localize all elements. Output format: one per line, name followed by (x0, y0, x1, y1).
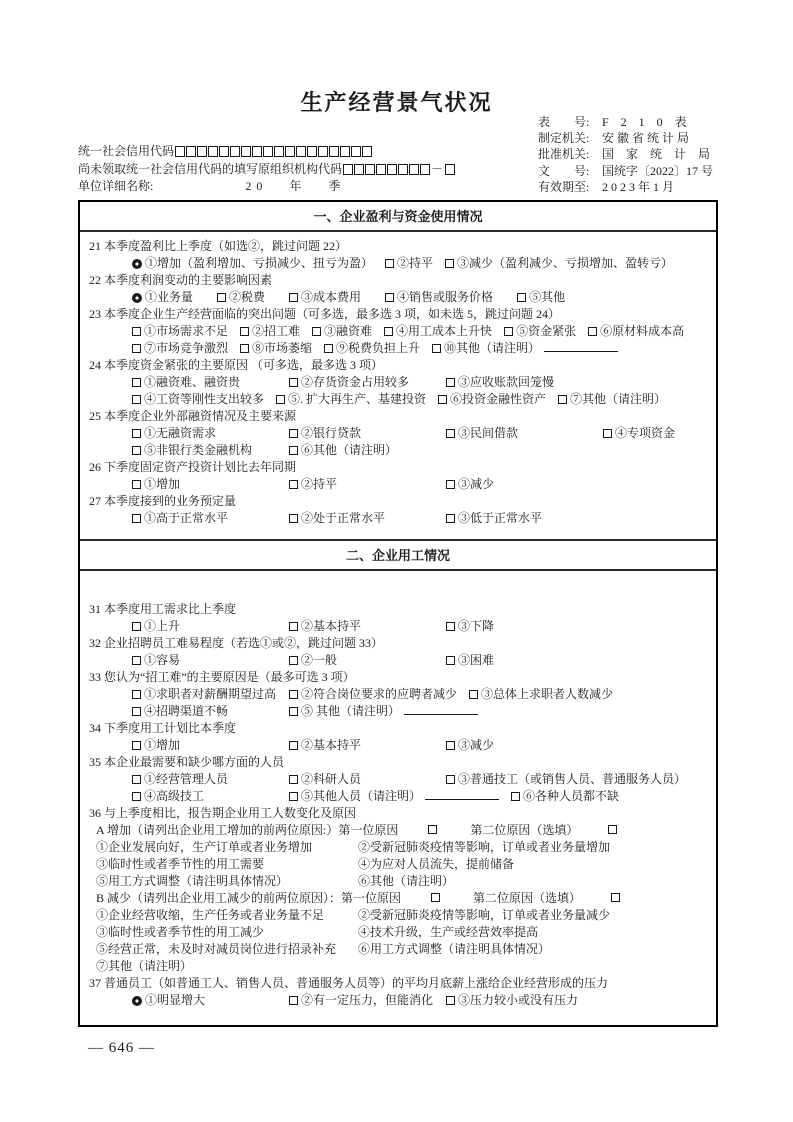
option-item[interactable]: ①增加 (132, 476, 277, 493)
option-text: ⑦其他（请注明） (96, 958, 358, 975)
option-label: ③困难 (458, 652, 494, 669)
option-list-row: ⑦其他（请注明） (84, 958, 712, 975)
code-box[interactable] (274, 146, 284, 157)
question-line: 25 本季度企业外部融资情况及主要来源 (84, 408, 712, 425)
org-code-separator: － (431, 161, 443, 179)
option-text: ④技术升级，生产或经营效率提高 (358, 924, 712, 941)
option-item[interactable]: ③减少 (446, 737, 494, 754)
question-line: 21 本季度盈利比上季度（如选②，跳过问题 22） (84, 238, 712, 255)
option-item[interactable]: ①无融资需求 (132, 425, 277, 442)
unit-name-line: 单位详细名称:2 0 年 季 (78, 178, 548, 196)
option-item[interactable]: ④高级技工 (132, 788, 277, 805)
checkbox-icon[interactable] (132, 395, 141, 404)
question-text: 26 下季度固定资产投资计划比去年同期 (89, 460, 296, 474)
credit-code-boxes (174, 144, 372, 158)
option-item: 第二位原因（选填） (470, 822, 578, 839)
option-list-row: ⑤用工方式调整（请注明具体情况）⑥其他（请注明） (84, 873, 712, 890)
checkbox-icon[interactable] (428, 825, 437, 834)
option-item: B 减少（请列出企业用工减少的前两位原因）：第一位原因 (96, 890, 401, 907)
period-text: 2 0 年 季 (245, 178, 341, 196)
option-label: ③低于正常水平 (458, 510, 542, 527)
code-box[interactable] (219, 146, 229, 157)
options-row: ①经营管理人员②科研人员③普通技工（或销售人员、普通服务人员） (84, 771, 712, 788)
option-text: ⑤用工方式调整（请注明具体情况） (96, 873, 358, 890)
option-label: ①企业经营收缩，生产任务或者业务量不足 (96, 907, 324, 924)
question-text: 31 本季度用工需求比上季度 (89, 602, 236, 616)
checkbox-icon[interactable] (289, 293, 298, 302)
option-label: ⑤资金紧张 (516, 323, 576, 340)
option-label: ②招工难 (252, 323, 300, 340)
meta-row: 有效期至:2 0 2 3 年 1 月 (538, 179, 738, 195)
checkbox-icon[interactable] (132, 446, 141, 455)
code-box[interactable] (230, 146, 240, 157)
option-item[interactable]: ②符合岗位要求的应聘者减少 (289, 686, 457, 703)
option-label: ③普通技工（或销售人员、普通服务人员） (458, 771, 686, 788)
option-label: 第二位原因（选填） (470, 822, 578, 839)
option-label: ⑥其他（请注明） (358, 873, 454, 890)
code-box[interactable] (197, 146, 207, 157)
option-label: ①增加 (144, 476, 180, 493)
checkbox-icon[interactable] (446, 656, 455, 665)
option-item[interactable]: ①业务量 (132, 289, 193, 306)
option-item[interactable]: ①容易 (132, 652, 277, 669)
page-title: 生产经营景气状况 (0, 86, 793, 117)
option-item[interactable]: ②处于正常水平 (289, 510, 434, 527)
code-box[interactable] (398, 164, 408, 175)
question-line: 37 普通员工（如普通工人、销售人员、普通服务人员等）的平均月底薪上涨给企业经营… (84, 975, 712, 992)
question-text: 25 本季度企业外部融资情况及主要来源 (89, 409, 296, 423)
options-row: ①无融资需求②银行贷款③民间借款④专项资金 (84, 425, 712, 442)
option-label: ③减少 (458, 737, 494, 754)
option-item[interactable] (611, 893, 623, 902)
option-item[interactable]: ④招聘渠道不畅 (132, 703, 277, 720)
code-box[interactable] (354, 164, 364, 175)
question-line: 32 企业招聘员工难易程度（若选①或②，跳过问题 33） (84, 635, 712, 652)
option-label: ⑦其他（请注明） (96, 958, 192, 975)
option-label: ②科研人员 (301, 771, 361, 788)
option-item[interactable] (608, 825, 620, 834)
option-label: 第二位原因（选填） (473, 890, 581, 907)
option-item[interactable]: ②科研人员 (289, 771, 434, 788)
option-label: ①市场需求不足 (144, 323, 228, 340)
checkbox-icon[interactable] (132, 707, 141, 716)
code-box[interactable] (343, 164, 353, 175)
question-text: 37 普通员工（如普通工人、销售人员、普通服务人员等）的平均月底薪上涨给企业经营… (89, 976, 608, 990)
code-box[interactable] (186, 146, 196, 157)
question-line: 22 本季度利润变动的主要影响因素 (84, 272, 712, 289)
code-box[interactable] (307, 146, 317, 157)
option-list-row: ①企业发展向好，生产订单或者业务增加②受新冠肺炎疫情等影响，订单或者业务量增加 (84, 839, 712, 856)
option-item[interactable]: ③总体上求职者人数减少 (469, 686, 613, 703)
option-label: ②基本持平 (301, 618, 361, 635)
meta-value: 2 0 2 3 年 1 月 (602, 179, 738, 195)
option-label: ②存货资金占用较多 (301, 374, 409, 391)
checkbox-icon[interactable] (558, 395, 567, 404)
option-label: ①明显增大 (145, 992, 205, 1009)
option-list-row: ⑤经营正常，未及时对减员岗位进行招录补充⑥用工方式调整（请注明具体情况） (84, 941, 712, 958)
question-text: 33 您认为“招工难”的主要原因是（最多可选 3 项） (89, 670, 355, 684)
options-row: ①增加②基本持平③减少 (84, 737, 712, 754)
option-item[interactable]: ④用工成本上升快 (384, 323, 492, 340)
option-label: ①容易 (144, 652, 180, 669)
question-line: 35 本企业最需要和缺少哪方面的人员 (84, 754, 712, 771)
checkbox-icon[interactable] (289, 792, 298, 801)
checkbox-icon[interactable] (132, 344, 141, 353)
checkbox-icon[interactable] (132, 792, 141, 801)
option-item[interactable]: ②有一定压力，但能消化 (289, 992, 434, 1009)
checkbox-icon[interactable] (289, 707, 298, 716)
checkbox-icon[interactable] (132, 514, 141, 523)
checkbox-icon[interactable] (438, 395, 447, 404)
options-row: ①融资难、融资贵②存货资金占用较多③应收账款回笼慢 (84, 374, 712, 391)
checkbox-icon[interactable] (289, 741, 298, 750)
checkbox-icon[interactable] (385, 259, 394, 268)
checkbox-icon[interactable] (446, 741, 455, 750)
checkbox-icon[interactable] (132, 378, 141, 387)
code-box[interactable] (208, 146, 218, 157)
option-label: ⑥投资金融性资产 (450, 391, 546, 408)
option-text: ①企业发展向好，生产订单或者业务增加 (96, 839, 358, 856)
credit-code-label: 统一社会信用代码 (78, 144, 174, 158)
code-box[interactable] (376, 164, 386, 175)
option-list-row: ③临时性或者季节性的用工减少④技术升级，生产或经营效率提高 (84, 924, 712, 941)
checkbox-icon[interactable] (132, 741, 141, 750)
option-label: ②税费 (229, 289, 265, 306)
option-label: ①高于正常水平 (144, 510, 228, 527)
option-item[interactable]: ⑦其他（请注明） (558, 391, 666, 408)
checkbox-icon[interactable] (511, 792, 520, 801)
code-box[interactable] (445, 164, 455, 175)
blank-underline[interactable] (425, 789, 499, 800)
options-row: ①市场需求不足②招工难③融资难④用工成本上升快⑤资金紧张⑥原材料成本高 (84, 323, 712, 340)
meta-value: F 2 1 0 表 (602, 114, 738, 130)
option-item[interactable]: ⑤资金紧张 (504, 323, 576, 340)
option-item[interactable] (431, 893, 443, 902)
option-label: ②符合岗位要求的应聘者减少 (301, 686, 457, 703)
option-item[interactable]: ⑤其他人员（请注明） (289, 788, 499, 805)
option-label: ⑥各种人员都不缺 (523, 788, 619, 805)
option-item[interactable]: ③减少 (446, 476, 494, 493)
question-line: 26 下季度固定资产投资计划比去年同期 (84, 459, 712, 476)
option-item[interactable]: ③民间借款 (446, 425, 591, 442)
option-label: ①业务量 (145, 289, 193, 306)
checkbox-icon[interactable] (588, 327, 597, 336)
option-label: A 增加（请列出企业用工增加的前两位原因:）第一位原因 (96, 822, 398, 839)
checkbox-icon[interactable] (431, 893, 440, 902)
option-label: ⑤经营正常，未及时对减员岗位进行招录补充 (96, 941, 336, 958)
code-box[interactable] (365, 164, 375, 175)
section-content: 31 本季度用工需求比上季度①上升②基本持平③下降32 企业招聘员工难易程度（若… (80, 571, 716, 1025)
checkbox-icon[interactable] (446, 514, 455, 523)
option-item[interactable]: ②基本持平 (289, 737, 434, 754)
checkbox-icon[interactable] (289, 514, 298, 523)
checkbox-icon[interactable] (469, 690, 478, 699)
checkbox-icon[interactable] (132, 480, 141, 489)
radio-selected-icon[interactable] (132, 996, 142, 1006)
option-label: ④工资等刚性支出较多 (144, 391, 264, 408)
option-item[interactable]: ①上升 (132, 618, 277, 635)
org-code-label: 尚未领取统一社会信用代码的填写原组织机构代码 (78, 162, 342, 176)
option-label: ④招聘渠道不畅 (144, 703, 228, 720)
checkbox-icon[interactable] (446, 480, 455, 489)
question-line: 36 与上季度相比，报告期企业用工人数变化及原因 (84, 805, 712, 822)
option-label: ⑤非银行类金融机构 (144, 442, 252, 459)
option-label: ⑧市场萎缩 (252, 340, 312, 357)
question-text: 21 本季度盈利比上季度（如选②，跳过问题 22） (89, 239, 347, 253)
checkbox-icon[interactable] (132, 429, 141, 438)
option-label: ⑥原材料成本高 (600, 323, 684, 340)
option-label: ③成本费用 (301, 289, 361, 306)
option-label: ①经营管理人员 (144, 771, 228, 788)
option-item[interactable]: ②存货资金占用较多 (289, 374, 434, 391)
code-box[interactable] (263, 146, 273, 157)
option-label: ④高级技工 (144, 788, 204, 805)
checkbox-icon[interactable] (611, 893, 620, 902)
checkbox-icon[interactable] (312, 327, 321, 336)
checkbox-icon[interactable] (132, 775, 141, 784)
option-label: ②一般 (301, 652, 337, 669)
option-item[interactable]: ③减少（盈利减少、亏损增加、盈转亏） (445, 255, 673, 272)
code-box[interactable] (420, 164, 430, 175)
option-label: ①企业发展向好，生产订单或者业务增加 (96, 839, 312, 856)
question-line: 33 您认为“招工难”的主要原因是（最多可选 3 项） (84, 669, 712, 686)
question-text: 35 本企业最需要和缺少哪方面的人员 (89, 755, 284, 769)
option-label: ③减少（盈利减少、亏损增加、盈转亏） (457, 255, 673, 272)
option-label: ③临时性或者季节性的用工需要 (96, 856, 264, 873)
options-row: ①上升②基本持平③下降 (84, 618, 712, 635)
question-text: 34 下季度用工计划比本季度 (89, 721, 236, 735)
code-box[interactable] (387, 164, 397, 175)
option-item[interactable]: ④销售或服务价格 (385, 289, 493, 306)
option-label: ⑦其他（请注明） (570, 391, 666, 408)
option-label: ①增加 (144, 737, 180, 754)
option-item[interactable]: ①市场需求不足 (132, 323, 228, 340)
code-box[interactable] (351, 146, 361, 157)
code-box[interactable] (175, 146, 185, 157)
checkbox-icon[interactable] (504, 327, 513, 336)
checkbox-icon[interactable] (132, 327, 141, 336)
code-box[interactable] (329, 146, 339, 157)
checkbox-icon[interactable] (384, 327, 393, 336)
option-item[interactable]: ①高于正常水平 (132, 510, 277, 527)
options-row: ①高于正常水平②处于正常水平③低于正常水平 (84, 510, 712, 527)
option-label: ③减少 (458, 476, 494, 493)
checkbox-icon[interactable] (276, 395, 285, 404)
question-text: 24 本季度资金紧张的主要原因 （可多选，最多选 3 项） (89, 358, 383, 372)
option-text: ③临时性或者季节性的用工需要 (96, 856, 358, 873)
option-item[interactable]: ③融资难 (312, 323, 372, 340)
option-item[interactable]: ④工资等刚性支出较多 (132, 391, 264, 408)
option-item[interactable]: ⑥原材料成本高 (588, 323, 684, 340)
question-text: 32 企业招聘员工难易程度（若选①或②，跳过问题 33） (89, 636, 383, 650)
option-item[interactable]: ③下降 (446, 618, 494, 635)
option-label: ②银行贷款 (301, 425, 361, 442)
option-label: ②持平 (301, 476, 337, 493)
header-left: 统一社会信用代码 尚未领取统一社会信用代码的填写原组织机构代码－ 单位详细名称:… (78, 143, 548, 196)
option-text: ⑤经营正常，未及时对减员岗位进行招录补充 (96, 941, 358, 958)
meta-value: 国统字〔2022〕17 号 (602, 163, 738, 179)
option-label: ②持平 (397, 255, 433, 272)
checkbox-icon[interactable] (289, 429, 298, 438)
option-item[interactable]: ③普通技工（或销售人员、普通服务人员） (446, 771, 686, 788)
option-text: ①企业经营收缩，生产任务或者业务量不足 (96, 907, 358, 924)
radio-selected-icon[interactable] (132, 259, 142, 269)
option-item[interactable]: ⑧市场萎缩 (240, 340, 312, 357)
checkbox-icon[interactable] (324, 344, 333, 353)
option-item[interactable]: ②持平 (385, 255, 433, 272)
checkbox-icon[interactable] (517, 293, 526, 302)
option-item[interactable]: ②一般 (289, 652, 434, 669)
checkbox-icon[interactable] (446, 622, 455, 631)
checkbox-icon[interactable] (608, 825, 617, 834)
option-label: ⑥用工方式调整（请注明具体情况） (358, 941, 550, 958)
code-box[interactable] (409, 164, 419, 175)
checkbox-icon[interactable] (289, 775, 298, 784)
checkbox-icon[interactable] (432, 344, 441, 353)
meta-value: 安 徽 省 统 计 局 (602, 130, 738, 146)
checkbox-icon[interactable] (289, 480, 298, 489)
option-label: ③压力较小或没有压力 (458, 992, 578, 1009)
checkbox-icon[interactable] (446, 378, 455, 387)
meta-row: 批准机关:国 家 统 计 局 (538, 146, 738, 162)
option-item[interactable]: ②基本持平 (289, 618, 434, 635)
option-item[interactable] (428, 825, 440, 834)
options-row: ①业务量②税费③成本费用④销售或服务价格⑤其他 (84, 289, 712, 306)
code-box[interactable] (252, 146, 262, 157)
option-item[interactable]: ⑩其他（请注明） (432, 340, 618, 357)
code-box[interactable] (296, 146, 306, 157)
option-item[interactable]: ①融资难、融资贵 (132, 374, 277, 391)
checkbox-icon[interactable] (446, 775, 455, 784)
options-row: ①求职者对薪酬期望过高②符合岗位要求的应聘者减少③总体上求职者人数减少 (84, 686, 712, 703)
option-label: ②处于正常水平 (301, 510, 385, 527)
checkbox-icon[interactable] (289, 996, 298, 1005)
page-footer: — 646 — (88, 1040, 155, 1057)
code-box[interactable] (318, 146, 328, 157)
option-label: ⑨税费负担上升 (336, 340, 420, 357)
option-label: ③临时性或者季节性的用工减少 (96, 924, 264, 941)
code-box[interactable] (362, 146, 372, 157)
option-item[interactable]: ①增加（盈利增加、亏损减少、扭亏为盈） (132, 255, 373, 272)
option-label: ④销售或服务价格 (397, 289, 493, 306)
checkbox-icon[interactable] (132, 622, 141, 631)
checkbox-icon[interactable] (289, 378, 298, 387)
option-item[interactable]: ①求职者对薪酬期望过高 (132, 686, 277, 703)
checkbox-icon[interactable] (385, 293, 394, 302)
option-text: ④为应对人员流失，提前储备 (358, 856, 712, 873)
question-line: 24 本季度资金紧张的主要原因 （可多选，最多选 3 项） (84, 357, 712, 374)
option-item[interactable]: ②银行贷款 (289, 425, 434, 442)
option-item[interactable]: ④专项资金 (603, 425, 675, 442)
org-code-line: 尚未领取统一社会信用代码的填写原组织机构代码－ (78, 161, 548, 179)
option-label: ②受新冠肺炎疫情等影响，订单或者业务量减少 (358, 907, 610, 924)
question-text: 23 本季度企业生产经营面临的突出问题（可多选，最多选 3 项，如未选 5，跳过… (89, 307, 560, 321)
code-box[interactable] (340, 146, 350, 157)
question-line: 34 下季度用工计划比本季度 (84, 720, 712, 737)
checkbox-icon[interactable] (603, 429, 612, 438)
option-label: ⑤其他 (529, 289, 565, 306)
option-item[interactable]: ②持平 (289, 476, 434, 493)
checkbox-icon[interactable] (132, 690, 141, 699)
checkbox-icon[interactable] (217, 293, 226, 302)
option-item[interactable]: ⑦市场竞争激烈 (132, 340, 228, 357)
option-item[interactable]: ⑥其他（请注明） (289, 442, 397, 459)
code-box[interactable] (285, 146, 295, 157)
option-text: ⑥其他（请注明） (358, 873, 712, 890)
blank-underline[interactable] (544, 341, 618, 352)
options-row: ①明显增大②有一定压力，但能消化③压力较小或没有压力 (84, 992, 712, 1009)
option-label: ⑤其他人员（请注明） (301, 788, 421, 805)
meta-row: 表 号:F 2 1 0 表 (538, 114, 738, 130)
option-label: ①增加（盈利增加、亏损减少、扭亏为盈） (145, 255, 373, 272)
option-label: ④为应对人员流失，提前储备 (358, 856, 514, 873)
option-label: ③下降 (458, 618, 494, 635)
section-header: 一、企业盈利与资金使用情况 (80, 202, 716, 232)
option-label: ①融资难、融资贵 (144, 374, 240, 391)
option-label: ④技术升级，生产或经营效率提高 (358, 924, 538, 941)
option-label: ③应收账款回笼慢 (458, 374, 554, 391)
code-box[interactable] (241, 146, 251, 157)
meta-label: 表 号: (538, 114, 602, 130)
checkbox-icon[interactable] (289, 656, 298, 665)
checkbox-icon[interactable] (445, 259, 454, 268)
option-item[interactable]: ①增加 (132, 737, 277, 754)
option-item[interactable]: ⑤. 扩大再生产、基建投资 (276, 391, 426, 408)
option-item[interactable]: ⑤其他 (517, 289, 565, 306)
option-label: ②基本持平 (301, 737, 361, 754)
option-item[interactable]: ①经营管理人员 (132, 771, 277, 788)
option-label: ⑤ 其他（请注明） (301, 703, 400, 720)
option-item[interactable]: ③困难 (446, 652, 494, 669)
meta-value: 国 家 统 计 局 (602, 146, 738, 162)
option-item[interactable]: ②税费 (217, 289, 265, 306)
checkbox-icon[interactable] (446, 429, 455, 438)
option-item[interactable]: ①明显增大 (132, 992, 277, 1009)
option-item[interactable]: ③压力较小或没有压力 (446, 992, 578, 1009)
option-label: ②有一定压力，但能消化 (301, 992, 433, 1009)
option-item[interactable]: ⑤ 其他（请注明） (289, 703, 478, 720)
blank-underline[interactable] (404, 704, 478, 715)
form-page: 生产经营景气状况 表 号:F 2 1 0 表制定机关:安 徽 省 统 计 局批准… (0, 0, 793, 1122)
checkbox-icon[interactable] (132, 656, 141, 665)
option-item[interactable]: ②招工难 (240, 323, 300, 340)
options-row: ④高级技工⑤其他人员（请注明）⑥各种人员都不缺 (84, 788, 712, 805)
option-item[interactable]: ⑥投资金融性资产 (438, 391, 546, 408)
option-label: ⑩其他（请注明） (444, 340, 540, 357)
option-label: ③融资难 (324, 323, 372, 340)
option-item[interactable]: ③应收账款回笼慢 (446, 374, 554, 391)
checkbox-icon[interactable] (240, 327, 249, 336)
options-row: ④招聘渠道不畅⑤ 其他（请注明） (84, 703, 712, 720)
option-item[interactable]: ③低于正常水平 (446, 510, 542, 527)
option-label: ④用工成本上升快 (396, 323, 492, 340)
option-item[interactable]: ⑨税费负担上升 (324, 340, 420, 357)
radio-selected-icon[interactable] (132, 293, 142, 303)
option-item[interactable]: ⑥各种人员都不缺 (511, 788, 619, 805)
question-line: 27 本季度接到的业务预定量 (84, 493, 712, 510)
option-label: ⑤. 扩大再生产、基建投资 (288, 391, 426, 408)
option-item[interactable]: ③成本费用 (289, 289, 361, 306)
sub-question-line: B 减少（请列出企业用工减少的前两位原因）：第一位原因第二位原因（选填） (84, 890, 712, 907)
question-text: 27 本季度接到的业务预定量 (89, 494, 236, 508)
checkbox-icon[interactable] (240, 344, 249, 353)
option-item[interactable]: ⑤非银行类金融机构 (132, 442, 277, 459)
checkbox-icon[interactable] (446, 996, 455, 1005)
option-label: ③民间借款 (458, 425, 518, 442)
checkbox-icon[interactable] (289, 622, 298, 631)
checkbox-icon[interactable] (289, 446, 298, 455)
checkbox-icon[interactable] (289, 690, 298, 699)
